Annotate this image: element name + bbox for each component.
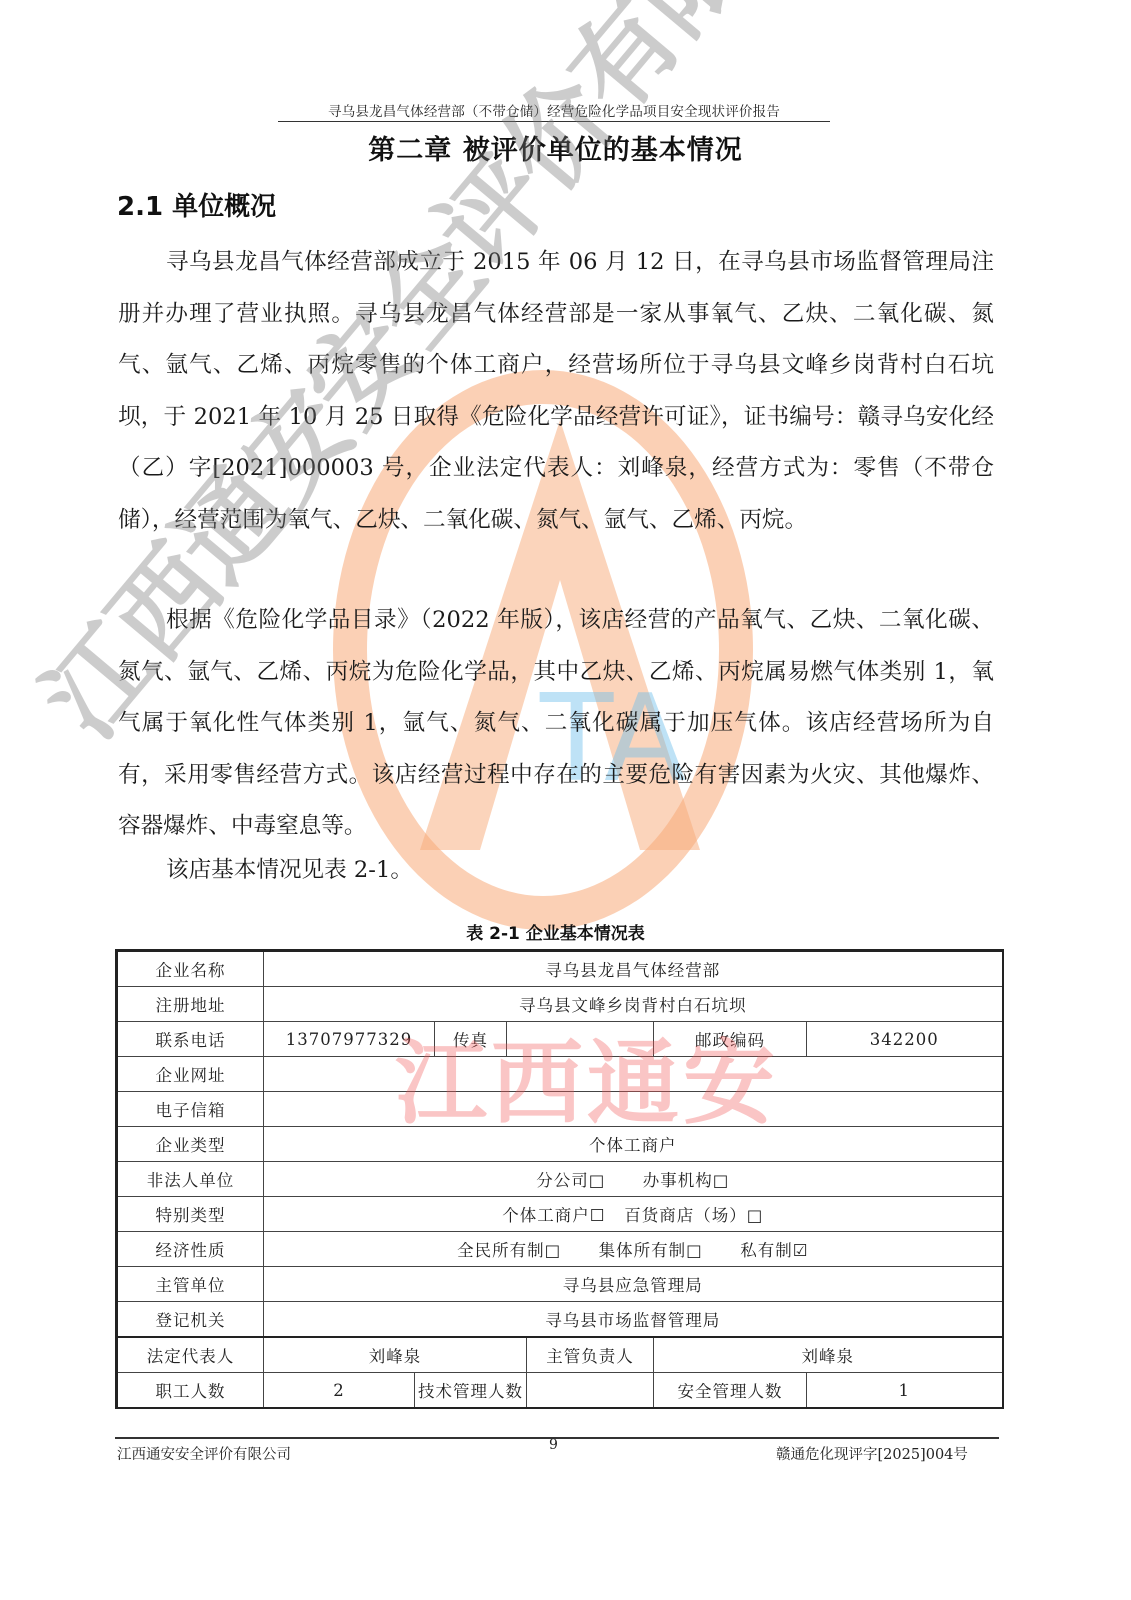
table-row-special: 特别类型 个体工商户☐ 百货商店（场）□ [117,1197,1003,1232]
table-row-staff: 职工人数 2 技术管理人数 安全管理人数 1 [117,1373,1003,1409]
safety-count-cell: 1 [807,1373,1003,1409]
label-cell: 电子信箱 [117,1092,264,1127]
page-number: 9 [549,1437,558,1453]
value-cell [264,1092,1003,1127]
label-cell: 企业名称 [117,951,264,987]
safety-label-cell: 安全管理人数 [654,1373,807,1409]
table-row-website: 企业网址 [117,1057,1003,1092]
table-row-name: 企业名称 寻乌县龙昌气体经营部 [117,951,1003,987]
paragraph-table-ref: 该店基本情况见表 2-1。 [118,845,994,897]
postcode-cell: 342200 [807,1022,1003,1057]
fax-label-cell: 传真 [435,1022,507,1057]
manager-cell: 刘峰泉 [654,1337,1003,1373]
value-cell: 寻乌县应急管理局 [264,1267,1003,1302]
table-row-registrar: 登记机关 寻乌县市场监督管理局 [117,1302,1003,1338]
table-row-email: 电子信箱 [117,1092,1003,1127]
fax-cell [507,1022,654,1057]
label-cell: 非法人单位 [117,1162,264,1197]
document-page: TA 寻乌县龙昌气体经营部（不带仓储）经营危险化学品项目安全现状评价报告 第二章… [0,0,1131,1600]
footer-doc-number: 赣通危化现评字[2025]004号 [776,1443,968,1464]
paragraph-overview: 寻乌县龙昌气体经营部成立于 2015 年 06 月 12 日，在寻乌县市场监督管… [118,237,994,546]
tech-count-cell [527,1373,654,1409]
paragraph-hazards: 根据《危险化学品目录》（2022 年版），该店经营的产品氧气、乙炔、二氧化碳、氮… [118,595,994,853]
label-cell: 特别类型 [117,1197,264,1232]
label-cell: 登记机关 [117,1302,264,1338]
value-cell: 寻乌县文峰乡岗背村白石坑坝 [264,987,1003,1022]
manager-label-cell: 主管负责人 [527,1337,654,1373]
table-row-contact: 联系电话 13707977329 传真 邮政编码 342200 [117,1022,1003,1057]
label-cell: 企业网址 [117,1057,264,1092]
table-caption: 表 2-1 企业基本情况表 [0,919,1111,944]
section-title: 2.1 单位概况 [117,186,276,223]
label-cell: 主管单位 [117,1267,264,1302]
company-info-table: 企业名称 寻乌县龙昌气体经营部 注册地址 寻乌县文峰乡岗背村白石坑坝 联系电话 … [115,949,1004,1409]
postcode-label-cell: 邮政编码 [654,1022,807,1057]
table-row-economic: 经济性质 全民所有制□ 集体所有制□ 私有制☑ [117,1232,1003,1267]
staff-count-cell: 2 [264,1373,415,1409]
label-cell: 法定代表人 [117,1337,264,1373]
phone-cell: 13707977329 [264,1022,435,1057]
running-header: 寻乌县龙昌气体经营部（不带仓储）经营危险化学品项目安全现状评价报告 [278,104,830,122]
checkbox-options-cell: 分公司□ 办事机构□ [264,1162,1003,1197]
label-cell: 企业类型 [117,1127,264,1162]
table-row-non-legal: 非法人单位 分公司□ 办事机构□ [117,1162,1003,1197]
table-row-authority: 主管单位 寻乌县应急管理局 [117,1267,1003,1302]
chapter-title: 第二章 被评价单位的基本情况 [0,128,1111,167]
value-cell: 寻乌县龙昌气体经营部 [264,951,1003,987]
value-cell: 个体工商户 [264,1127,1003,1162]
checkbox-options-cell: 个体工商户☐ 百货商店（场）□ [264,1197,1003,1232]
tech-label-cell: 技术管理人数 [415,1373,527,1409]
label-cell: 联系电话 [117,1022,264,1057]
value-cell: 寻乌县市场监督管理局 [264,1302,1003,1338]
label-cell: 职工人数 [117,1373,264,1409]
table-row-address: 注册地址 寻乌县文峰乡岗背村白石坑坝 [117,987,1003,1022]
label-cell: 注册地址 [117,987,264,1022]
label-cell: 经济性质 [117,1232,264,1267]
value-cell [264,1057,1003,1092]
table-row-type: 企业类型 个体工商户 [117,1127,1003,1162]
legal-rep-cell: 刘峰泉 [264,1337,527,1373]
page-content: 寻乌县龙昌气体经营部（不带仓储）经营危险化学品项目安全现状评价报告 第二章 被评… [0,0,1131,1600]
checkbox-options-cell: 全民所有制□ 集体所有制□ 私有制☑ [264,1232,1003,1267]
footer-company: 江西通安安全评价有限公司 [117,1443,291,1464]
table-row-legal-rep: 法定代表人 刘峰泉 主管负责人 刘峰泉 [117,1337,1003,1373]
